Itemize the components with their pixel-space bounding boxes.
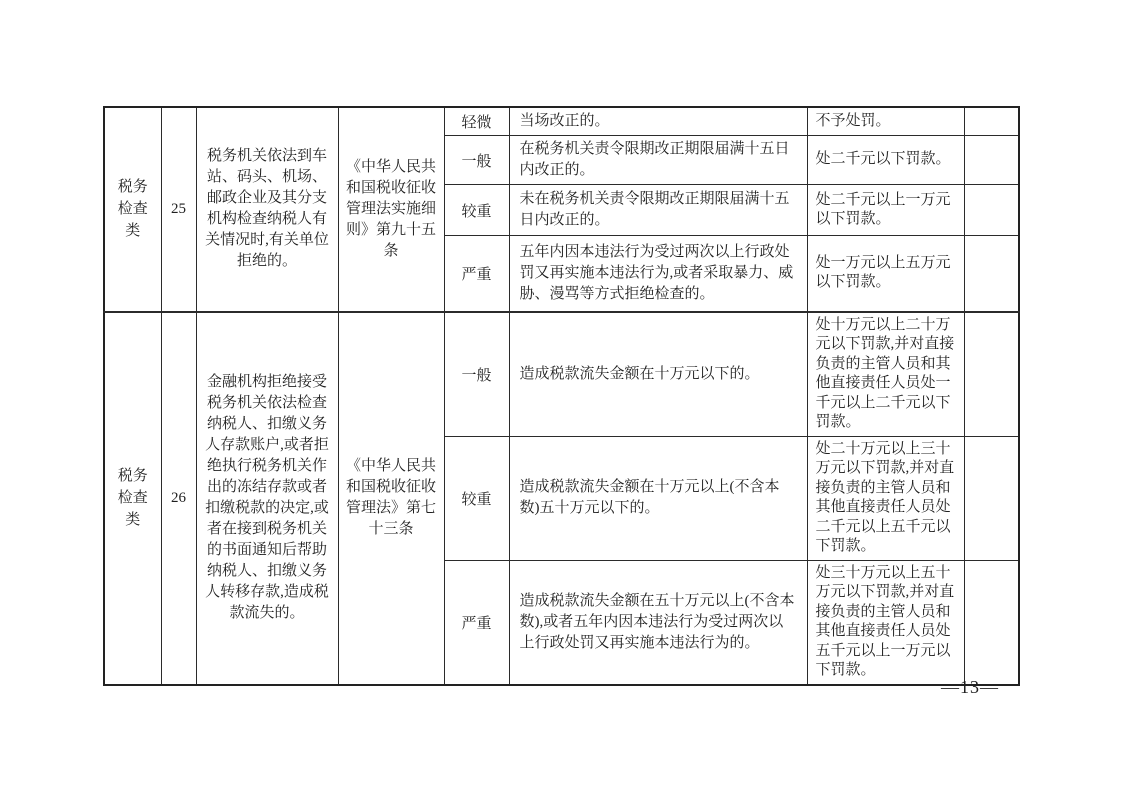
page-number: —13—	[905, 677, 1035, 698]
penalty-cell: 处十万元以上二十万元以下罚款,并对直接负责的主管人员和其他直接责任人员处一千元以…	[807, 312, 964, 437]
violation-description-cell: 金融机构拒绝接受税务机关依法检查纳税人、扣缴义务人存款账户,或者拒绝执行税务机关…	[196, 312, 338, 685]
remark-cell	[964, 185, 1019, 236]
condition-cell: 当场改正的。	[509, 107, 807, 136]
condition-cell: 造成税款流失金额在五十万元以上(不含本数),或者五年内因本违法行为受过两次以上行…	[509, 560, 807, 685]
severity-cell: 严重	[444, 560, 509, 685]
condition-cell: 五年内因本违法行为受过两次以上行政处罚又再实施本违法行为,或者采取暴力、威胁、漫…	[509, 236, 807, 312]
condition-cell: 造成税款流失金额在十万元以上(不含本数)五十万元以下的。	[509, 436, 807, 560]
penalty-cell: 处三十万元以上五十万元以下罚款,并对直接负责的主管人员和其他直接责任人员处五千元…	[807, 560, 964, 685]
severity-cell: 轻微	[444, 107, 509, 136]
remark-cell	[964, 107, 1019, 136]
tax-penalty-table: 税务检查类 25 税务机关依法到车站、码头、机场、邮政企业及其分支机构检查纳税人…	[103, 106, 1020, 686]
row-number-cell: 26	[161, 312, 196, 685]
legal-basis-cell: 《中华人民共和国税收征收管理法实施细则》第九十五条	[338, 107, 444, 312]
condition-cell: 在税务机关责令限期改正期限届满十五日内改正的。	[509, 136, 807, 185]
penalty-cell: 不予处罚。	[807, 107, 964, 136]
condition-cell: 造成税款流失金额在十万元以下的。	[509, 312, 807, 437]
remark-cell	[964, 436, 1019, 560]
remark-cell	[964, 560, 1019, 685]
severity-cell: 较重	[444, 436, 509, 560]
legal-basis-cell: 《中华人民共和国税收征收管理法》第七十三条	[338, 312, 444, 685]
severity-cell: 严重	[444, 236, 509, 312]
severity-cell: 较重	[444, 185, 509, 236]
penalty-cell: 处二千元以下罚款。	[807, 136, 964, 185]
penalty-cell: 处二千元以上一万元以下罚款。	[807, 185, 964, 236]
remark-cell	[964, 312, 1019, 437]
row-number-cell: 25	[161, 107, 196, 312]
table-row: 税务检查类 25 税务机关依法到车站、码头、机场、邮政企业及其分支机构检查纳税人…	[104, 107, 1019, 136]
category-label: 税务检查类	[116, 465, 150, 531]
penalty-cell: 处二十万元以上三十万元以下罚款,并对直接负责的主管人员和其他直接责任人员处二千元…	[807, 436, 964, 560]
penalty-cell: 处一万元以上五万元以下罚款。	[807, 236, 964, 312]
severity-cell: 一般	[444, 136, 509, 185]
violation-description-cell: 税务机关依法到车站、码头、机场、邮政企业及其分支机构检查纳税人有关情况时,有关单…	[196, 107, 338, 312]
remark-cell	[964, 236, 1019, 312]
severity-cell: 一般	[444, 312, 509, 437]
category-label: 税务检查类	[116, 176, 150, 242]
remark-cell	[964, 136, 1019, 185]
condition-cell: 未在税务机关责令限期改正期限届满十五日内改正的。	[509, 185, 807, 236]
category-cell: 税务检查类	[104, 107, 161, 312]
category-cell: 税务检查类	[104, 312, 161, 685]
table-row: 税务检查类 26 金融机构拒绝接受税务机关依法检查纳税人、扣缴义务人存款账户,或…	[104, 312, 1019, 437]
document-page: 税务检查类 25 税务机关依法到车站、码头、机场、邮政企业及其分支机构检查纳税人…	[0, 0, 1122, 793]
